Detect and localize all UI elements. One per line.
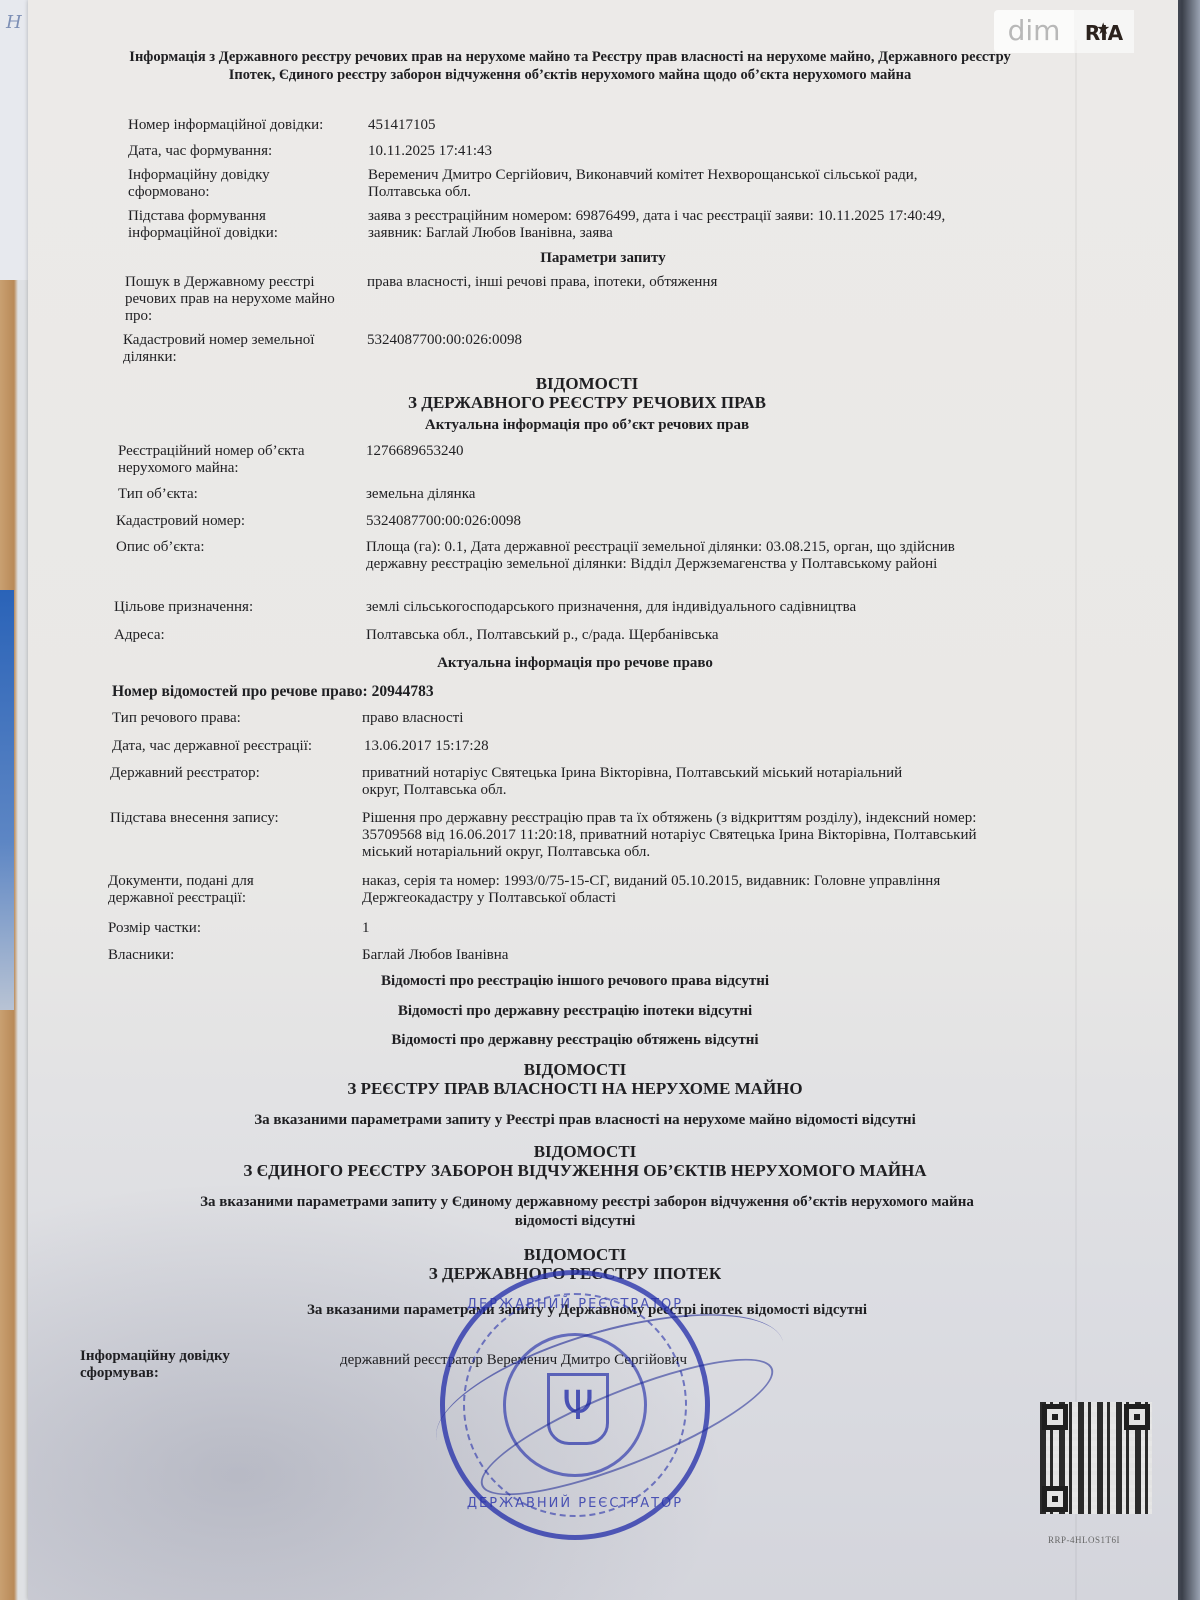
watermark-dim-text: dim <box>994 10 1074 53</box>
field-label: Адреса: <box>114 627 349 644</box>
qr-finder-pattern <box>1042 1404 1068 1430</box>
field-value: 5324087700:00:026:0098 <box>366 513 521 530</box>
field-value: права власності, інші речові права, іпот… <box>367 274 717 291</box>
field-value: Веременич Дмитро Сергійович, Виконавчий … <box>368 167 968 201</box>
heading-line: ВІДОМОСТІ <box>12 374 1162 393</box>
field-label: Власники: <box>108 947 343 964</box>
heading-line: ВІДОМОСТІ <box>0 1245 1150 1264</box>
absent-other-right-note: Відомості про реєстрацію іншого речового… <box>0 973 1150 990</box>
field-value: приватний нотаріус Святецька Ірина Вікто… <box>362 765 922 799</box>
field-value: Площа (га): 0.1, Дата державної реєстрац… <box>366 539 986 573</box>
stamp-top-text: ДЕРЖАВНИЙ РЕЄСТРАТОР <box>445 1297 705 1312</box>
field-label: Реєстраційний номер об’єкта нерухомого м… <box>118 443 343 477</box>
field-value: земельна ділянка <box>366 486 475 503</box>
field-label: Підстава формування інформаційної довідк… <box>128 208 308 242</box>
signoff-label: Інформаційну довідку сформував: <box>80 1348 260 1382</box>
watermark-ria-logo: ★ RIA <box>1074 10 1134 53</box>
field-label: Номер інформаційної довідки: <box>128 117 363 134</box>
field-label: Тип об’єкта: <box>118 486 353 503</box>
field-label: Опис об’єкта: <box>116 539 351 556</box>
stamp-bottom-text: ДЕРЖАВНИЙ РЕЄСТРАТОР <box>445 1496 705 1511</box>
absent-mortgage-note: Відомості про державну реєстрацію іпотек… <box>0 1003 1150 1020</box>
qr-code-icon <box>1040 1402 1152 1514</box>
field-label: Дата, час формування: <box>128 143 363 160</box>
qr-finder-pattern <box>1042 1486 1068 1512</box>
field-label: Державний реєстратор: <box>110 765 345 782</box>
ownership-registry-note: За вказаними параметрами запиту у Реєстр… <box>10 1112 1160 1129</box>
query-params-heading: Параметри запиту <box>28 250 1178 267</box>
heading-line: ВІДОМОСТІ <box>10 1142 1160 1161</box>
field-value: Рішення про державну реєстрацію прав та … <box>362 810 1002 861</box>
field-value: право власності <box>362 710 463 727</box>
field-value: 10.11.2025 17:41:43 <box>368 143 492 160</box>
field-value: Полтавська обл., Полтавський р., с/рада.… <box>366 627 719 644</box>
field-value: наказ, серія та номер: 1993/0/75-15-СГ, … <box>362 873 982 907</box>
field-label: Тип речового права: <box>112 710 347 727</box>
rights-registry-heading: ВІДОМОСТІ З ДЕРЖАВНОГО РЕЄСТРУ РЕЧОВИХ П… <box>12 374 1162 412</box>
field-label: Дата, час державної реєстрації: <box>112 738 362 755</box>
field-value: 451417105 <box>368 117 436 134</box>
field-value: 13.06.2017 15:17:28 <box>364 738 489 755</box>
field-label: Цільове призначення: <box>114 599 349 616</box>
qr-finder-pattern <box>1124 1404 1150 1430</box>
field-value: 1 <box>362 920 370 937</box>
field-label: Пошук в Державному реєстрі речових прав … <box>125 274 350 325</box>
absent-encumbrance-note: Відомості про державну реєстрацію обтяже… <box>0 1032 1150 1049</box>
right-record-number: Номер відомостей про речове право: 20944… <box>112 683 434 700</box>
ownership-registry-heading: ВІДОМОСТІ З РЕЄСТРУ ПРАВ ВЛАСНОСТІ НА НЕ… <box>0 1060 1150 1098</box>
heading-line: З РЕЄСТРУ ПРАВ ВЛАСНОСТІ НА НЕРУХОМЕ МАЙ… <box>0 1079 1150 1098</box>
field-label: Розмір частки: <box>108 920 343 937</box>
object-info-heading: Актуальна інформація про об’єкт речових … <box>12 417 1162 434</box>
prohibitions-registry-note-line2: відомості відсутні <box>0 1213 1150 1230</box>
right-info-heading: Актуальна інформація про речове право <box>0 655 1150 672</box>
dim-ria-watermark: dim ★ RIA <box>994 10 1134 53</box>
star-icon: ★ <box>1096 10 1110 52</box>
prohibitions-registry-heading: ВІДОМОСТІ З ЄДИНОГО РЕЄСТРУ ЗАБОРОН ВІДЧ… <box>10 1142 1160 1180</box>
field-value: заява з реєстраційним номером: 69876499,… <box>368 208 973 242</box>
field-value: 5324087700:00:026:0098 <box>367 332 522 349</box>
field-label: Кадастровий номер: <box>116 513 351 530</box>
heading-line: З ЄДИНОГО РЕЄСТРУ ЗАБОРОН ВІДЧУЖЕННЯ ОБ’… <box>10 1161 1160 1180</box>
document-title: Інформація з Державного реєстру речових … <box>120 48 1020 84</box>
qr-code-label: RRP-4HLOS1T6I <box>1048 1535 1120 1545</box>
field-value: Баглай Любов Іванівна <box>362 947 508 964</box>
handwritten-mark: Н <box>6 12 22 33</box>
field-label: Інформаційну довідку сформовано: <box>128 167 298 201</box>
field-label: Кадастровий номер земельної ділянки: <box>123 332 348 366</box>
background-blue-folder <box>0 590 14 1010</box>
field-value: землі сільськогосподарського призначення… <box>366 599 856 616</box>
paper-fold-line <box>1075 40 1077 1600</box>
field-label: Підстава внесення запису: <box>110 810 345 827</box>
heading-line: З ДЕРЖАВНОГО РЕЄСТРУ РЕЧОВИХ ПРАВ <box>12 393 1162 412</box>
field-label: Документи, подані для державної реєстрац… <box>108 873 308 907</box>
heading-line: ВІДОМОСТІ <box>0 1060 1150 1079</box>
field-value: 1276689653240 <box>366 443 464 460</box>
prohibitions-registry-note-line1: За вказаними параметрами запиту у Єдином… <box>12 1194 1162 1211</box>
